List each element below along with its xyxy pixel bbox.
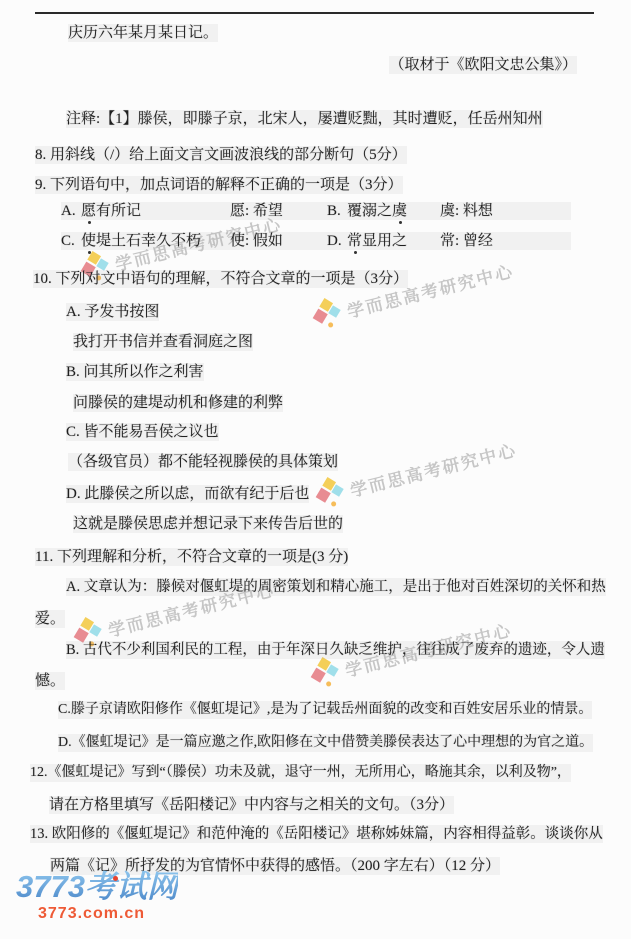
q10-option-b-translation: 问滕侯的建堤动机和修建的利弊	[73, 394, 283, 412]
q9-option-b-phrase: 覆溺之虞	[347, 202, 407, 220]
question-12-line2: 请在方格里填写《岳阳楼记》中内容与之相关的文句。（3分）	[49, 796, 454, 814]
question-10-title: 10. 下列对文中语句的理解，不符合文章的一项是（3分）	[33, 270, 408, 288]
q11-option-b-line1: B. 古代不少利国利民的工程，由于年深日久缺乏维护，往往成了废弃的遗迹，令人遗	[66, 641, 605, 659]
q9-option-d-gloss: 常: 曾经	[440, 232, 493, 250]
q9-a-dotted-char: 愿	[81, 202, 96, 220]
q9-option-c-label: C.	[61, 232, 75, 250]
q10-b-text: 问其所以作之利害	[84, 364, 204, 380]
q9-b-pre: 覆溺之	[347, 203, 392, 219]
top-rule	[35, 12, 594, 14]
site-logo: 3773考试网 3773.com.cn	[16, 870, 178, 922]
site-logo-title: 3773考试网	[16, 870, 178, 904]
q10-option-c: C. 皆不能易吾侯之议也	[66, 423, 219, 441]
date-line: 庆历六年某月某日记。	[68, 24, 218, 42]
question-11-title: 11. 下列理解和分析，不符合文章的一项是(3 分)	[35, 548, 348, 566]
q10-c-label: C.	[66, 424, 80, 440]
question-9-row-1: A. 愿有所记 愿: 希望 B. 覆溺之虞 虞: 料想	[61, 202, 571, 220]
site-logo-url: 3773.com.cn	[38, 905, 178, 922]
watermark: 学而思高考研究中心	[311, 254, 516, 332]
q10-d-text: 此滕侯之所以虑，而欲有纪于后也	[84, 486, 309, 502]
q9-option-b-label: B.	[327, 202, 341, 220]
exam-paper-scan: 学而思高考研究中心 学而思高考研究中心 学而思高考研究中心 学而思高考研究中心 …	[0, 0, 631, 939]
question-12-line1: 12.《偃虹堤记》写到“（滕侯）功未及就，退守一州，无所用心，略施其余，以利及物…	[30, 764, 571, 782]
q9-option-d-label: D.	[327, 232, 342, 250]
q9-option-d-phrase: 常显用之	[347, 232, 407, 250]
question-9-title: 9. 下列语句中，加点词语的解释不正确的一项是（3分）	[35, 176, 403, 194]
question-9-row-2: C. 使堤土石幸久不朽 使: 假如 D. 常显用之 常: 曾经	[61, 232, 571, 250]
q10-c-text: 皆不能易吾侯之议也	[84, 424, 219, 440]
q9-d-dotted-char: 常	[347, 232, 362, 250]
q9-option-c-phrase: 使堤土石幸久不朽	[81, 232, 201, 250]
note-line: 注释:【1】滕侯，即滕子京，北宋人，屡遭贬黜，其时遭贬，任岳州知州	[66, 110, 543, 128]
watermark-text: 学而思高考研究中心	[344, 257, 516, 323]
q10-d-label: D.	[66, 486, 81, 502]
q9-d-post: 显用之	[362, 233, 407, 249]
q11-option-a-line1: A. 文章认为：滕候对偃虹堤的周密策划和精心施工，是出于他对百姓深切的关怀和热	[66, 578, 606, 596]
q9-option-b-gloss: 虞: 料想	[440, 202, 493, 220]
q9-option-a-label: A.	[61, 202, 76, 220]
q11-option-b-line2: 憾。	[35, 672, 65, 690]
question-8: 8. 用斜线（/）给上面文言文画波浪线的部分断句（5分）	[35, 146, 407, 164]
pinwheel-logo-icon	[309, 656, 341, 691]
question-13-line1: 13. 欧阳修的《偃虹堤记》和范仲淹的《岳阳楼记》堪称姊妹篇，内容相得益彰。谈谈…	[30, 825, 603, 843]
q11-option-a-line2: 爱。	[35, 610, 65, 628]
q10-option-a: A. 予发书按图	[66, 303, 159, 321]
q9-option-a-phrase: 愿有所记	[81, 202, 141, 220]
q11-option-c: C.滕子京请欧阳修作《偃虹堤记》,是为了记载岳州面貌的改变和百姓安居乐业的情景。	[58, 701, 592, 719]
q10-option-d-translation: 这就是滕侯思虑并想记录下来传告后世的	[73, 515, 343, 533]
q9-option-a-gloss: 愿: 希望	[230, 202, 283, 220]
watermark-text: 学而思高考研究中心	[347, 436, 519, 502]
q11-option-d: D.《偃虹堤记》是一篇应邀之作,欧阳修在文中借赞美滕侯表达了心中理想的为官之道。	[58, 734, 593, 752]
q10-option-c-translation: （各级官员）都不能轻视滕侯的具体策划	[68, 453, 338, 471]
q10-b-label: B.	[66, 364, 80, 380]
q10-a-text: 予发书按图	[84, 304, 159, 320]
q10-option-b: B. 问其所以作之利害	[66, 363, 204, 381]
pinwheel-logo-icon	[314, 476, 346, 511]
q9-option-c-gloss: 使: 假如	[230, 232, 283, 250]
q9-c-post: 堤土石幸久不朽	[96, 233, 201, 249]
pinwheel-logo-icon	[311, 297, 343, 332]
source-line: （取材于《欧阳文忠公集》）	[389, 56, 577, 74]
watermark: 学而思高考研究中心	[314, 433, 519, 511]
q10-option-d: D. 此滕侯之所以虑，而欲有纪于后也	[66, 485, 309, 503]
logo-red-dot-icon	[113, 876, 118, 881]
q10-a-label: A.	[66, 304, 81, 320]
q10-option-a-translation: 我打开书信并查看洞庭之图	[73, 333, 253, 351]
q9-b-dotted-char: 虞	[392, 202, 407, 220]
q9-a-post: 有所记	[96, 203, 141, 219]
q9-c-dotted-char: 使	[81, 232, 96, 250]
